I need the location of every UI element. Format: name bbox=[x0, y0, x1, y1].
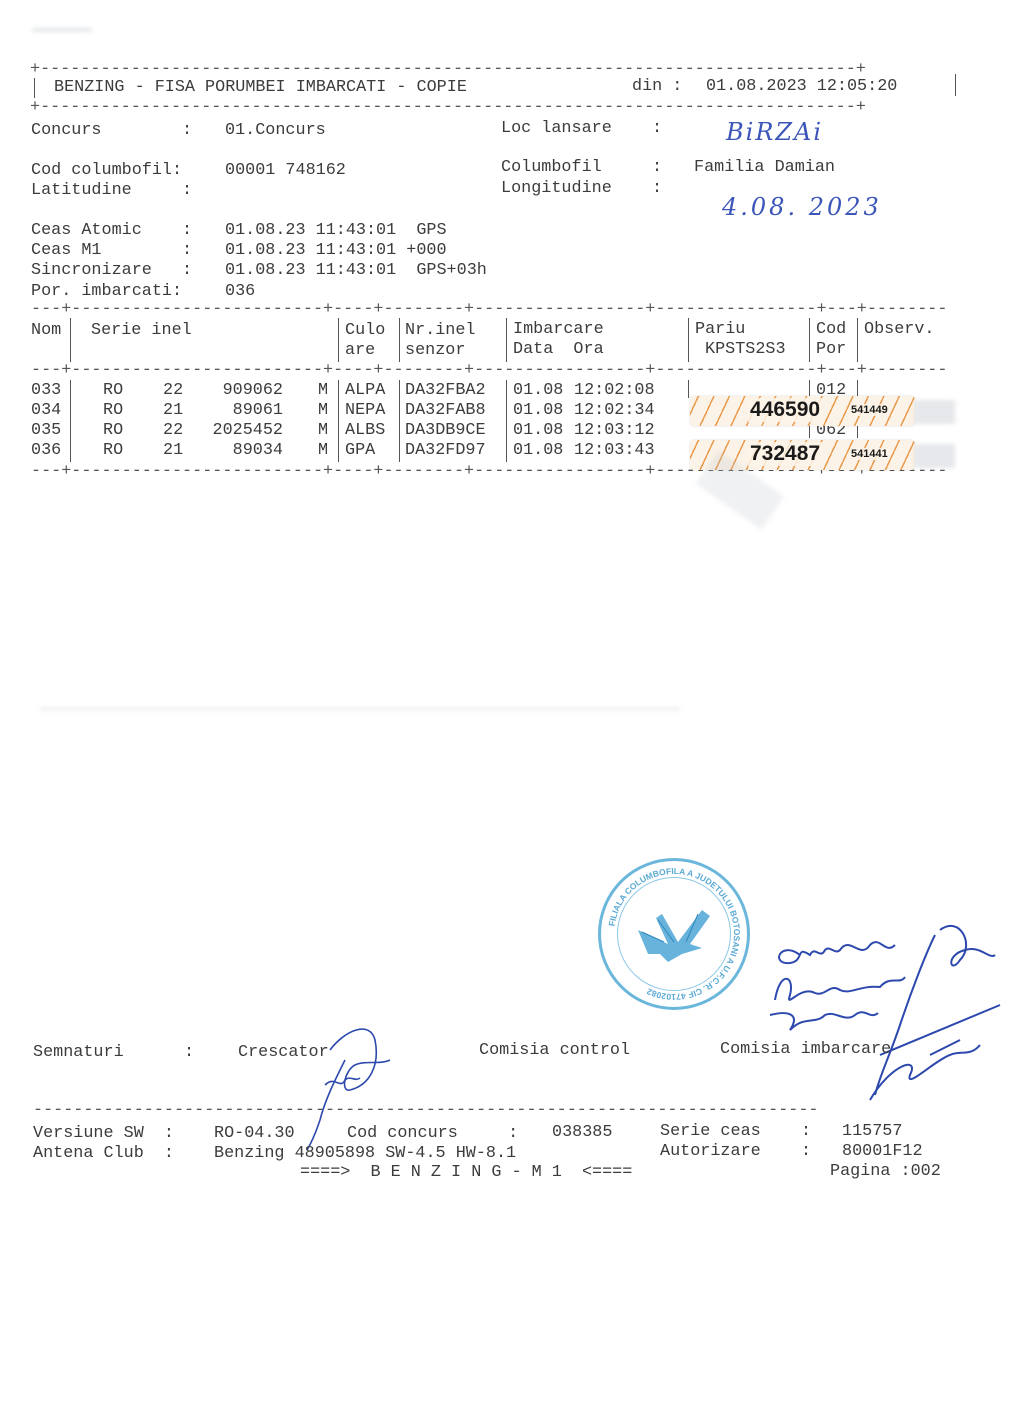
semnaturi-label: Semnaturi : bbox=[33, 1043, 194, 1063]
table-top-border: ---+-------------------------+----+-----… bbox=[31, 300, 947, 320]
col-sep bbox=[506, 318, 507, 362]
col-header-observ: Observ. bbox=[864, 320, 935, 340]
sticker-number: 446590 bbox=[748, 398, 822, 422]
por-imbarcati-value: 036 bbox=[225, 282, 255, 302]
col-header-serie: Serie inel bbox=[91, 321, 192, 341]
cell-country: RO bbox=[103, 401, 123, 421]
columbofil-label: Columbofil : bbox=[501, 158, 662, 178]
autorizare-label: Autorizare : bbox=[660, 1142, 811, 1162]
pigeon-icon bbox=[598, 858, 750, 1010]
antena-value: Benzing 48905898 SW-4.5 HW-8.1 bbox=[214, 1144, 516, 1164]
cell-nom: 036 bbox=[31, 441, 61, 461]
scan-mark bbox=[915, 444, 955, 468]
cell-ring: 2025452 bbox=[213, 421, 284, 441]
cell-date: 01.08 bbox=[513, 421, 563, 441]
longitudine-label: Longitudine : bbox=[501, 179, 662, 199]
benzing-banner: ====> B E N Z I N G - M 1 <==== bbox=[300, 1163, 632, 1183]
sticker-small-number: 541441 bbox=[850, 448, 889, 460]
cell-sensor: DA3DB9CE bbox=[405, 421, 486, 441]
ceas-atomic-value: 01.08.23 11:43:01 GPS bbox=[225, 221, 447, 241]
cell-color: ALBS bbox=[345, 421, 385, 441]
footer-border: ----------------------------------------… bbox=[33, 1101, 819, 1121]
cell-color: NEPA bbox=[345, 401, 385, 421]
cell-date: 01.08 bbox=[513, 381, 563, 401]
col-sep bbox=[338, 318, 339, 362]
cell-sensor: DA32FBA2 bbox=[405, 381, 486, 401]
cell-ring: 909062 bbox=[223, 381, 283, 401]
cell-year: 21 bbox=[163, 401, 183, 421]
cell-sex: M bbox=[318, 441, 328, 461]
col-header-pariu-2: KPSTS2S3 bbox=[705, 340, 786, 360]
latitudine-label: Latitudine : bbox=[31, 181, 192, 201]
bet-sticker: 446590 541449 bbox=[690, 396, 915, 426]
loc-lansare-label: Loc lansare : bbox=[501, 119, 662, 139]
comisia-control-label: Comisia control bbox=[479, 1041, 630, 1061]
comisia-imbarcare-label: Comisia imbarcare bbox=[720, 1040, 891, 1060]
cell-country: RO bbox=[103, 441, 123, 461]
serie-ceas-value: 115757 bbox=[842, 1122, 902, 1142]
cell-color: ALPA bbox=[345, 381, 385, 401]
col-sep bbox=[688, 380, 689, 398]
page-number: Pagina :002 bbox=[830, 1162, 941, 1182]
cod-columbofil-label: Cod columbofil: bbox=[31, 161, 182, 181]
sincronizare-label: Sincronizare : bbox=[31, 261, 192, 281]
ceas-m1-value: 01.08.23 11:43:01 +000 bbox=[225, 241, 447, 261]
scan-mark bbox=[40, 708, 680, 710]
cell-date: 01.08 bbox=[513, 401, 563, 421]
col-sep bbox=[399, 318, 400, 362]
col-sep bbox=[338, 380, 339, 462]
cell-color: GPA bbox=[345, 441, 375, 461]
cell-time: 12:02:08 bbox=[574, 381, 655, 401]
col-sep bbox=[70, 380, 71, 462]
club-stamp: FILIALA COLUMBOFILA A JUDETULUI BOTOSANI… bbox=[598, 858, 750, 1010]
loc-lansare-handwritten: BiRZAi bbox=[726, 118, 823, 146]
antena-label: Antena Club : bbox=[33, 1144, 174, 1164]
cell-time: 12:02:34 bbox=[574, 401, 655, 421]
cell-time: 12:03:12 bbox=[574, 421, 655, 441]
sticker-number: 732487 bbox=[748, 442, 822, 466]
columbofil-value: Familia Damian bbox=[694, 158, 835, 178]
header-bottom-border: +---------------------------------------… bbox=[30, 98, 866, 118]
cell-country: RO bbox=[103, 381, 123, 401]
cod-columbofil-value: 00001 748162 bbox=[225, 161, 346, 181]
col-sep bbox=[688, 318, 689, 362]
col-sep bbox=[857, 318, 858, 362]
col-header-cod: Cod bbox=[816, 320, 846, 340]
cell-nom: 034 bbox=[31, 401, 61, 421]
cell-sensor: DA32FAB8 bbox=[405, 401, 486, 421]
header-left-border bbox=[34, 78, 35, 98]
col-header-culoare-2: are bbox=[345, 341, 375, 361]
col-header-culoare: Culo bbox=[345, 321, 385, 341]
cell-nom: 033 bbox=[31, 381, 61, 401]
cell-year: 22 bbox=[163, 421, 183, 441]
cell-nom: 035 bbox=[31, 421, 61, 441]
concurs-label: Concurs : bbox=[31, 121, 192, 141]
col-header-imbarcare: Imbarcare bbox=[513, 320, 604, 340]
concurs-value: 01.Concurs bbox=[225, 121, 326, 141]
col-header-pariu: Pariu bbox=[695, 320, 745, 340]
col-header-nrinel: Nr.inel bbox=[405, 321, 476, 341]
cell-ring: 89061 bbox=[233, 401, 283, 421]
col-sep bbox=[506, 380, 507, 462]
header-right-border bbox=[955, 74, 956, 96]
print-date-label: din : bbox=[632, 77, 682, 97]
cell-date: 01.08 bbox=[513, 441, 563, 461]
autorizare-value: 80001F12 bbox=[842, 1142, 923, 1162]
cell-sensor: DA32FD97 bbox=[405, 441, 486, 461]
por-imbarcati-label: Por. imbarcati: bbox=[31, 282, 182, 302]
col-sep bbox=[809, 318, 810, 362]
ceas-atomic-label: Ceas Atomic : bbox=[31, 221, 192, 241]
cell-sex: M bbox=[318, 421, 328, 441]
scan-mark bbox=[32, 28, 92, 32]
versiune-label: Versiune SW : bbox=[33, 1124, 174, 1144]
cod-concurs-value: 038385 bbox=[552, 1123, 612, 1143]
ceas-m1-label: Ceas M1 : bbox=[31, 241, 192, 261]
serie-ceas-label: Serie ceas : bbox=[660, 1122, 811, 1142]
col-header-cod-2: Por bbox=[816, 340, 846, 360]
cell-time: 12:03:43 bbox=[574, 441, 655, 461]
col-header-imbarcare-2: Data Ora bbox=[513, 340, 604, 360]
cell-year: 22 bbox=[163, 381, 183, 401]
col-sep bbox=[70, 318, 71, 362]
commission-signatures bbox=[760, 915, 1020, 1115]
col-sep bbox=[399, 380, 400, 462]
handwritten-date: 4.08. 2023 bbox=[722, 193, 882, 221]
cell-country: RO bbox=[103, 421, 123, 441]
sticker-small-number: 541449 bbox=[850, 404, 889, 416]
sincronizare-value: 01.08.23 11:43:01 GPS+03h bbox=[225, 261, 487, 281]
cell-sex: M bbox=[318, 381, 328, 401]
cell-year: 21 bbox=[163, 441, 183, 461]
cell-sex: M bbox=[318, 401, 328, 421]
table-header-border: ---+-------------------------+----+-----… bbox=[31, 361, 947, 381]
cod-concurs-label: Cod concurs : bbox=[347, 1124, 518, 1144]
versiune-value: RO-04.30 bbox=[214, 1124, 295, 1144]
print-date-value: 01.08.2023 12:05:20 bbox=[706, 77, 897, 97]
col-header-nom: Nom bbox=[31, 321, 61, 341]
document-title: BENZING - FISA PORUMBEI IMBARCATI - COPI… bbox=[54, 78, 467, 98]
scan-mark bbox=[915, 400, 955, 424]
cell-ring: 89034 bbox=[233, 441, 283, 461]
col-header-nrinel-2: senzor bbox=[405, 341, 465, 361]
